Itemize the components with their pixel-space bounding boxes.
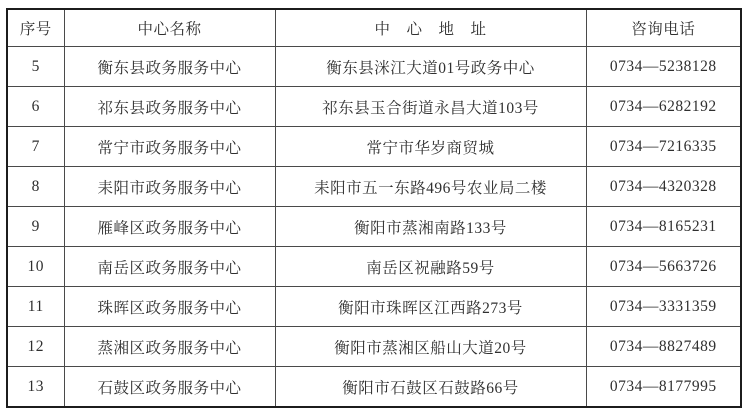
cell-address: 衡东县洣江大道01号政务中心 — [275, 47, 586, 87]
cell-no: 7 — [7, 127, 64, 167]
cell-phone: 0734—6282192 — [586, 87, 741, 127]
table-row: 12 蒸湘区政务服务中心 衡阳市蒸湘区船山大道20号 0734—8827489 — [7, 327, 741, 367]
cell-phone: 0734—5663726 — [586, 247, 741, 287]
cell-phone: 0734—4320328 — [586, 167, 741, 207]
header-no: 序号 — [7, 9, 64, 47]
header-address: 中 心 地 址 — [275, 9, 586, 47]
table-row: 6 祁东县政务服务中心 祁东县玉合街道永昌大道103号 0734—6282192 — [7, 87, 741, 127]
cell-no: 9 — [7, 207, 64, 247]
cell-address: 衡阳市石鼓区石鼓路66号 — [275, 367, 586, 408]
cell-address: 衡阳市蒸湘南路133号 — [275, 207, 586, 247]
cell-address: 祁东县玉合街道永昌大道103号 — [275, 87, 586, 127]
cell-no: 6 — [7, 87, 64, 127]
cell-address: 常宁市华岁商贸城 — [275, 127, 586, 167]
cell-no: 12 — [7, 327, 64, 367]
cell-no: 10 — [7, 247, 64, 287]
cell-name: 耒阳市政务服务中心 — [64, 167, 275, 207]
header-phone: 咨询电话 — [586, 9, 741, 47]
table-row: 11 珠晖区政务服务中心 衡阳市珠晖区江西路273号 0734—3331359 — [7, 287, 741, 327]
table-row: 10 南岳区政务服务中心 南岳区祝融路59号 0734—5663726 — [7, 247, 741, 287]
service-centers-table: 序号 中心名称 中 心 地 址 咨询电话 5 衡东县政务服务中心 衡东县洣江大道… — [6, 8, 742, 408]
cell-phone: 0734—7216335 — [586, 127, 741, 167]
cell-phone: 0734—8827489 — [586, 327, 741, 367]
cell-name: 衡东县政务服务中心 — [64, 47, 275, 87]
cell-phone: 0734—8177995 — [586, 367, 741, 408]
cell-no: 11 — [7, 287, 64, 327]
table-row: 9 雁峰区政务服务中心 衡阳市蒸湘南路133号 0734—8165231 — [7, 207, 741, 247]
cell-name: 常宁市政务服务中心 — [64, 127, 275, 167]
cell-address: 耒阳市五一东路496号农业局二楼 — [275, 167, 586, 207]
cell-no: 8 — [7, 167, 64, 207]
table-row: 8 耒阳市政务服务中心 耒阳市五一东路496号农业局二楼 0734—432032… — [7, 167, 741, 207]
cell-no: 5 — [7, 47, 64, 87]
header-name: 中心名称 — [64, 9, 275, 47]
header-row: 序号 中心名称 中 心 地 址 咨询电话 — [7, 9, 741, 47]
cell-phone: 0734—5238128 — [586, 47, 741, 87]
cell-name: 蒸湘区政务服务中心 — [64, 327, 275, 367]
table-row: 5 衡东县政务服务中心 衡东县洣江大道01号政务中心 0734—5238128 — [7, 47, 741, 87]
cell-address: 衡阳市珠晖区江西路273号 — [275, 287, 586, 327]
cell-name: 祁东县政务服务中心 — [64, 87, 275, 127]
cell-name: 珠晖区政务服务中心 — [64, 287, 275, 327]
page: 序号 中心名称 中 心 地 址 咨询电话 5 衡东县政务服务中心 衡东县洣江大道… — [0, 0, 746, 389]
table-row: 7 常宁市政务服务中心 常宁市华岁商贸城 0734—7216335 — [7, 127, 741, 167]
cell-address: 南岳区祝融路59号 — [275, 247, 586, 287]
cell-name: 石鼓区政务服务中心 — [64, 367, 275, 408]
cell-address: 衡阳市蒸湘区船山大道20号 — [275, 327, 586, 367]
cell-no: 13 — [7, 367, 64, 408]
cell-phone: 0734—8165231 — [586, 207, 741, 247]
cell-phone: 0734—3331359 — [586, 287, 741, 327]
cell-name: 雁峰区政务服务中心 — [64, 207, 275, 247]
cell-name: 南岳区政务服务中心 — [64, 247, 275, 287]
table-row: 13 石鼓区政务服务中心 衡阳市石鼓区石鼓路66号 0734—8177995 — [7, 367, 741, 408]
